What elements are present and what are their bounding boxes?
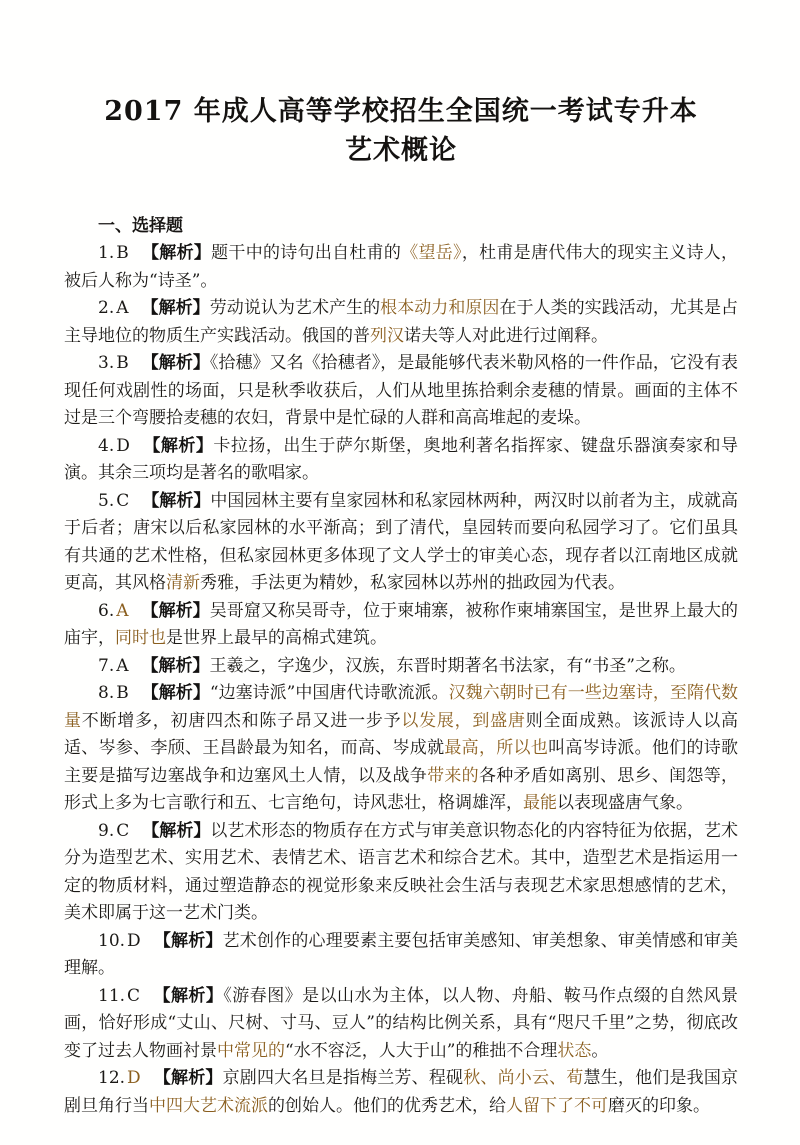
analysis-tag: 【解析】	[154, 931, 223, 951]
answer-letter: A	[116, 656, 128, 676]
analysis-tag: 【解析】	[153, 986, 223, 1006]
explanation-text: 是世界上最早的高棉式建筑。	[166, 628, 387, 648]
explanation-text: 的创始人。他们的优秀艺术，给	[268, 1096, 506, 1116]
answer-letter: B	[116, 683, 129, 703]
explanation-text: 状态	[557, 1041, 591, 1061]
question-number: 2.	[98, 298, 114, 318]
explanation-text: 列汉	[370, 326, 404, 346]
answer-item-5: 5.C【解析】中国园林主要有皇家园林和私家园林两种，两汉时以前者为主，成就高于后…	[64, 488, 738, 598]
answer-letter: C	[116, 821, 129, 841]
explanation-text: 清新	[166, 573, 200, 593]
analysis-tag: 【解析】	[142, 821, 210, 841]
title-line-1: 2017 年成人高等学校招生全国统一考试专升本	[64, 92, 738, 131]
document-page: 2017 年成人高等学校招生全国统一考试专升本 艺术概论 一、选择题 1.B【解…	[0, 0, 800, 1145]
question-number: 8.	[98, 683, 114, 703]
answer-item-9: 9.C【解析】以艺术形态的物质存在方式与审美意识物态化的内容特征为依据，艺术分为…	[64, 818, 738, 928]
question-number: 11.	[98, 986, 125, 1006]
question-number: 4.	[98, 436, 114, 456]
section-heading: 一、选择题	[64, 212, 738, 240]
answer-item-2: 2.A【解析】劳动说认为艺术产生的根本动力和原因在于人类的实践活动，尤其是占主导…	[64, 295, 738, 350]
question-number: 7.	[98, 656, 114, 676]
answer-list: 1.B【解析】题干中的诗句出自杜甫的《望岳》，杜甫是唐代伟大的现实主义诗人，被后…	[64, 240, 738, 1120]
page-title: 2017 年成人高等学校招生全国统一考试专升本 艺术概论	[64, 92, 738, 170]
explanation-text: 题干中的诗句出自杜甫的	[211, 243, 401, 263]
explanation-text: 《望岳》	[401, 243, 462, 263]
answer-letter: B	[116, 243, 129, 263]
answer-item-11: 11.C【解析】《游春图》是以山水为主体，以人物、舟船、鞍马作点缀的自然风景画，…	[64, 983, 738, 1066]
question-number: 10.	[98, 931, 125, 951]
answer-letter: D	[116, 436, 130, 456]
analysis-tag: 【解析】	[142, 353, 210, 373]
explanation-text: 最能	[523, 793, 557, 813]
answer-letter: A	[116, 298, 128, 318]
explanation-text: 带来的	[427, 766, 479, 786]
explanation-text: 。	[591, 1041, 608, 1061]
answer-item-6: 6.A【解析】吴哥窟又称吴哥寺，位于柬埔寨，被称作柬埔寨国宝，是世界上最大的庙宇…	[64, 598, 738, 653]
explanation-text: 中常见的	[217, 1041, 285, 1061]
explanation-text: 同时也	[115, 628, 166, 648]
analysis-tag: 【解析】	[142, 491, 210, 511]
analysis-tag: 【解析】	[142, 683, 210, 703]
explanation-text: 秋、尚小云、荀	[463, 1068, 583, 1088]
explanation-text: 以表现盛唐气象。	[557, 793, 693, 813]
analysis-tag: 【解析】	[142, 298, 210, 318]
explanation-text: 以发展，到盛唐	[401, 711, 525, 731]
answer-item-12: 12.D【解析】京剧四大名旦是指梅兰芳、程砚秋、尚小云、荀慧生，他们是我国京剧旦…	[64, 1065, 738, 1120]
explanation-text: “水不容泛，人大于山”的稚拙不合理	[285, 1041, 557, 1061]
answer-item-8: 8.B【解析】“边塞诗派”中国唐代诗歌流派。汉魏六朝时已有一些边塞诗，至隋代数量…	[64, 680, 738, 818]
question-number: 12.	[98, 1068, 125, 1088]
explanation-text: 最高，所以也	[444, 738, 548, 758]
answer-letter: C	[127, 986, 140, 1006]
explanation-text: 中四大艺术流派	[149, 1096, 268, 1116]
explanation-text: 人留下了不可	[506, 1096, 608, 1116]
question-number: 5.	[98, 491, 114, 511]
question-number: 3.	[98, 353, 114, 373]
answer-letter: C	[116, 491, 129, 511]
answer-item-1: 1.B【解析】题干中的诗句出自杜甫的《望岳》，杜甫是唐代伟大的现实主义诗人，被后…	[64, 240, 738, 295]
analysis-tag: 【解析】	[142, 656, 210, 676]
title-line-2: 艺术概论	[64, 131, 738, 170]
explanation-text: 秀雅，手法更为精妙，私家园林以苏州的拙政园为代表。	[200, 573, 625, 593]
answer-item-3: 3.B【解析】《拾穗》又名《拾穗者》，是最能够代表米勒风格的一件作品，它没有表现…	[64, 350, 738, 433]
explanation-text: 磨灭的印象。	[608, 1096, 710, 1116]
answer-item-10: 10.D【解析】艺术创作的心理要素主要包括审美感知、审美想象、审美情感和审美理解…	[64, 928, 738, 983]
explanation-text: 王羲之，字逸少，汉族，东晋时期著名书法家，有“书圣”之称。	[210, 656, 686, 676]
question-number: 6.	[98, 601, 114, 621]
analysis-tag: 【解析】	[154, 1068, 223, 1088]
answer-letter: D	[127, 1068, 141, 1088]
question-number: 9.	[98, 821, 114, 841]
analysis-tag: 【解析】	[143, 436, 214, 456]
explanation-text: 不断增多，初唐四杰和陈子昂又进一步予	[82, 711, 402, 731]
answer-letter: A	[116, 601, 128, 621]
explanation-text: 京剧四大名旦是指梅兰芳、程砚	[223, 1068, 464, 1088]
answer-letter: B	[116, 353, 129, 373]
analysis-tag: 【解析】	[142, 601, 210, 621]
answer-letter: D	[127, 931, 141, 951]
explanation-text: “边塞诗派”中国唐代诗歌流派。	[210, 683, 449, 703]
explanation-text: 诺夫等人对此进行过阐释。	[404, 326, 608, 346]
answer-item-4: 4.D【解析】卡拉扬，出生于萨尔斯堡，奥地利著名指挥家、键盘乐器演奏家和导演。其…	[64, 433, 738, 488]
explanation-text: 根本动力和原因	[380, 298, 499, 318]
answer-item-7: 7.A【解析】王羲之，字逸少，汉族，东晋时期著名书法家，有“书圣”之称。	[64, 653, 738, 681]
analysis-tag: 【解析】	[142, 243, 211, 263]
question-number: 1.	[98, 243, 114, 263]
explanation-text: 劳动说认为艺术产生的	[210, 298, 380, 318]
